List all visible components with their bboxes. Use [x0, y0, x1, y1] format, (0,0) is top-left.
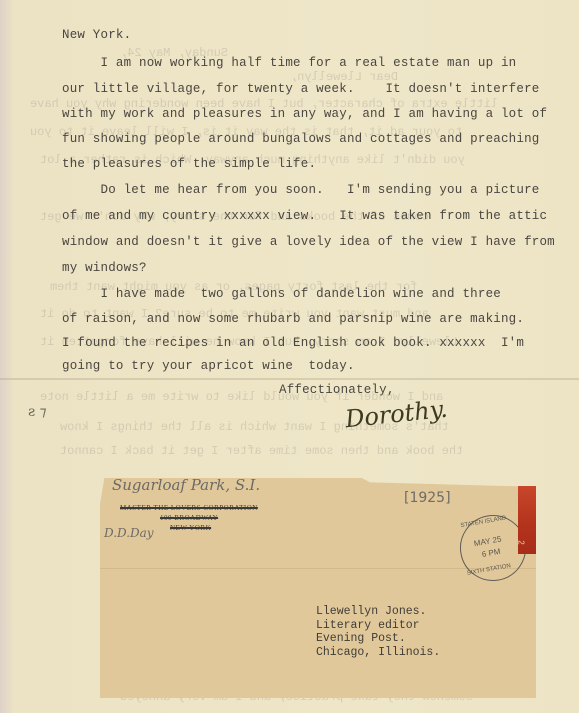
text-line: I have made two gallons of dandelion win…	[62, 287, 501, 301]
printed-return-line-1: MASTER THE LOVERS CORPORATION	[120, 504, 258, 512]
text-line: with my work and pleasures in any way, a…	[62, 107, 547, 121]
addressee-city: Chicago, Illinois.	[316, 646, 440, 660]
page-fold-line	[0, 378, 579, 380]
date-annotation: [1925]	[404, 490, 451, 506]
text-line: of me and my country xxxxxx view. It was…	[62, 209, 547, 223]
closing: Affectionately,	[279, 383, 395, 397]
addressee-name: Llewellyn Jones.	[316, 605, 440, 619]
stamp-value: 2	[517, 540, 526, 544]
addressee-block: Llewellyn Jones.Literary editorEvening P…	[316, 605, 440, 659]
bleed-through-text: the book and then some time after I get …	[60, 444, 463, 458]
printed-return-line-2: 100 BROADWAY	[160, 514, 218, 522]
return-address-handwritten: Sugarloaf Park, S.I.	[112, 476, 260, 494]
text-line: the pleasures of the simple life.	[62, 157, 316, 171]
text-line: going to try your apricot wine today.	[62, 359, 355, 373]
text-line: our little village, for twenty a week. I…	[62, 82, 539, 96]
location-line: New York.	[62, 28, 131, 42]
text-line: my windows?	[62, 261, 147, 275]
return-initials-handwritten: D.D.Day	[104, 526, 154, 540]
text-line: fun showing people around bungalows and …	[62, 132, 539, 146]
postmark-bottom: SIXTH STATION	[467, 563, 512, 577]
text-line: of raison, and now some rhubarb and pars…	[62, 312, 524, 326]
text-line: I found the recipes in an old English co…	[62, 336, 524, 350]
text-line: Do let me hear from you soon. I'm sendin…	[62, 183, 539, 197]
postage-stamp: 2	[518, 486, 536, 554]
addressee-title: Literary editor	[316, 619, 440, 633]
text-line: window and doesn't it give a lovely idea…	[62, 235, 555, 249]
addressee-organization: Evening Post.	[316, 632, 440, 646]
postmark-time: 6 PM	[481, 547, 501, 559]
text-line: I am now working half time for a real es…	[62, 56, 516, 70]
printed-return-line-3: NEW YORK	[170, 524, 211, 532]
margin-pencil-mark: ƨ ⁊	[28, 404, 47, 420]
